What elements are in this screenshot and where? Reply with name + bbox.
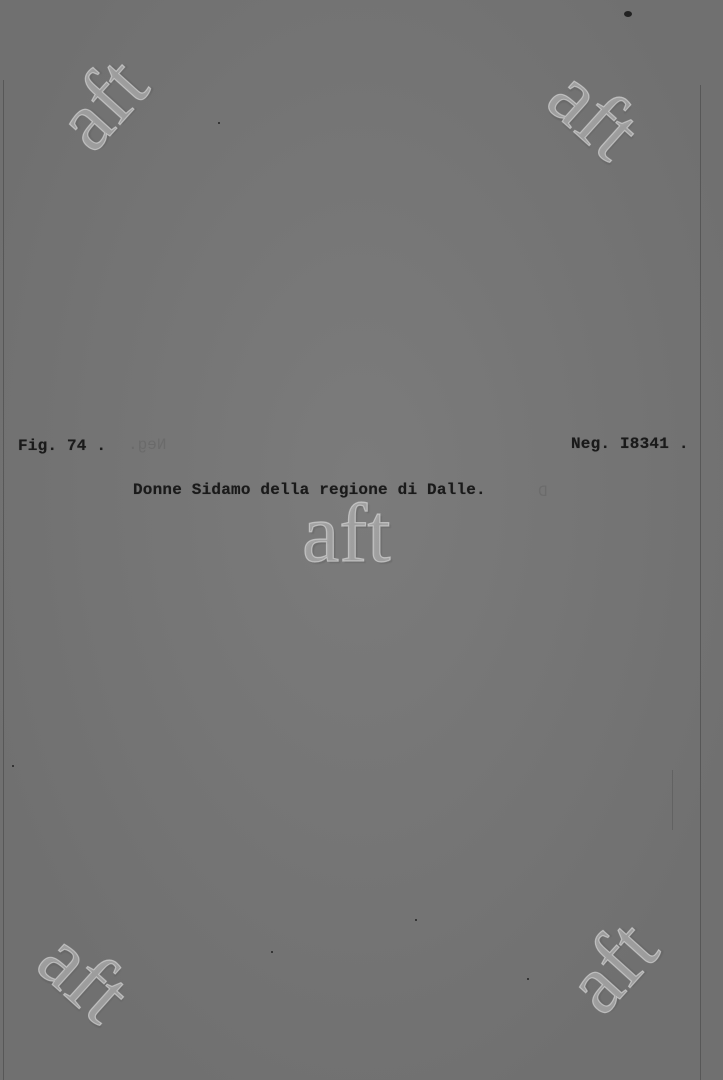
ink-speck	[12, 765, 14, 767]
right-mark-line	[672, 770, 673, 830]
photo-caption: Donne Sidamo della regione di Dalle.	[133, 482, 486, 498]
watermark-top-left: aft	[41, 43, 163, 165]
watermark-top-right: aft	[533, 53, 655, 175]
ink-speck	[624, 11, 632, 17]
figure-label: Fig. 74 .	[18, 438, 106, 454]
scanned-page: aft aft aft aft aft Neg. D Fig. 74 . Neg…	[0, 0, 723, 1080]
ink-speck	[415, 919, 417, 921]
ink-speck	[271, 951, 273, 953]
watermark-bottom-left: aft	[23, 916, 145, 1038]
watermark-center: aft	[302, 492, 391, 576]
bleed-through-text: Neg.	[128, 436, 166, 454]
left-edge-line	[3, 80, 4, 1080]
ink-speck	[527, 978, 529, 980]
bleed-through-text: D	[538, 483, 548, 501]
ink-speck	[218, 122, 220, 124]
watermark-bottom-right: aft	[551, 906, 673, 1028]
negative-number: Neg. I8341 .	[571, 436, 689, 452]
right-edge-line	[700, 85, 701, 1080]
